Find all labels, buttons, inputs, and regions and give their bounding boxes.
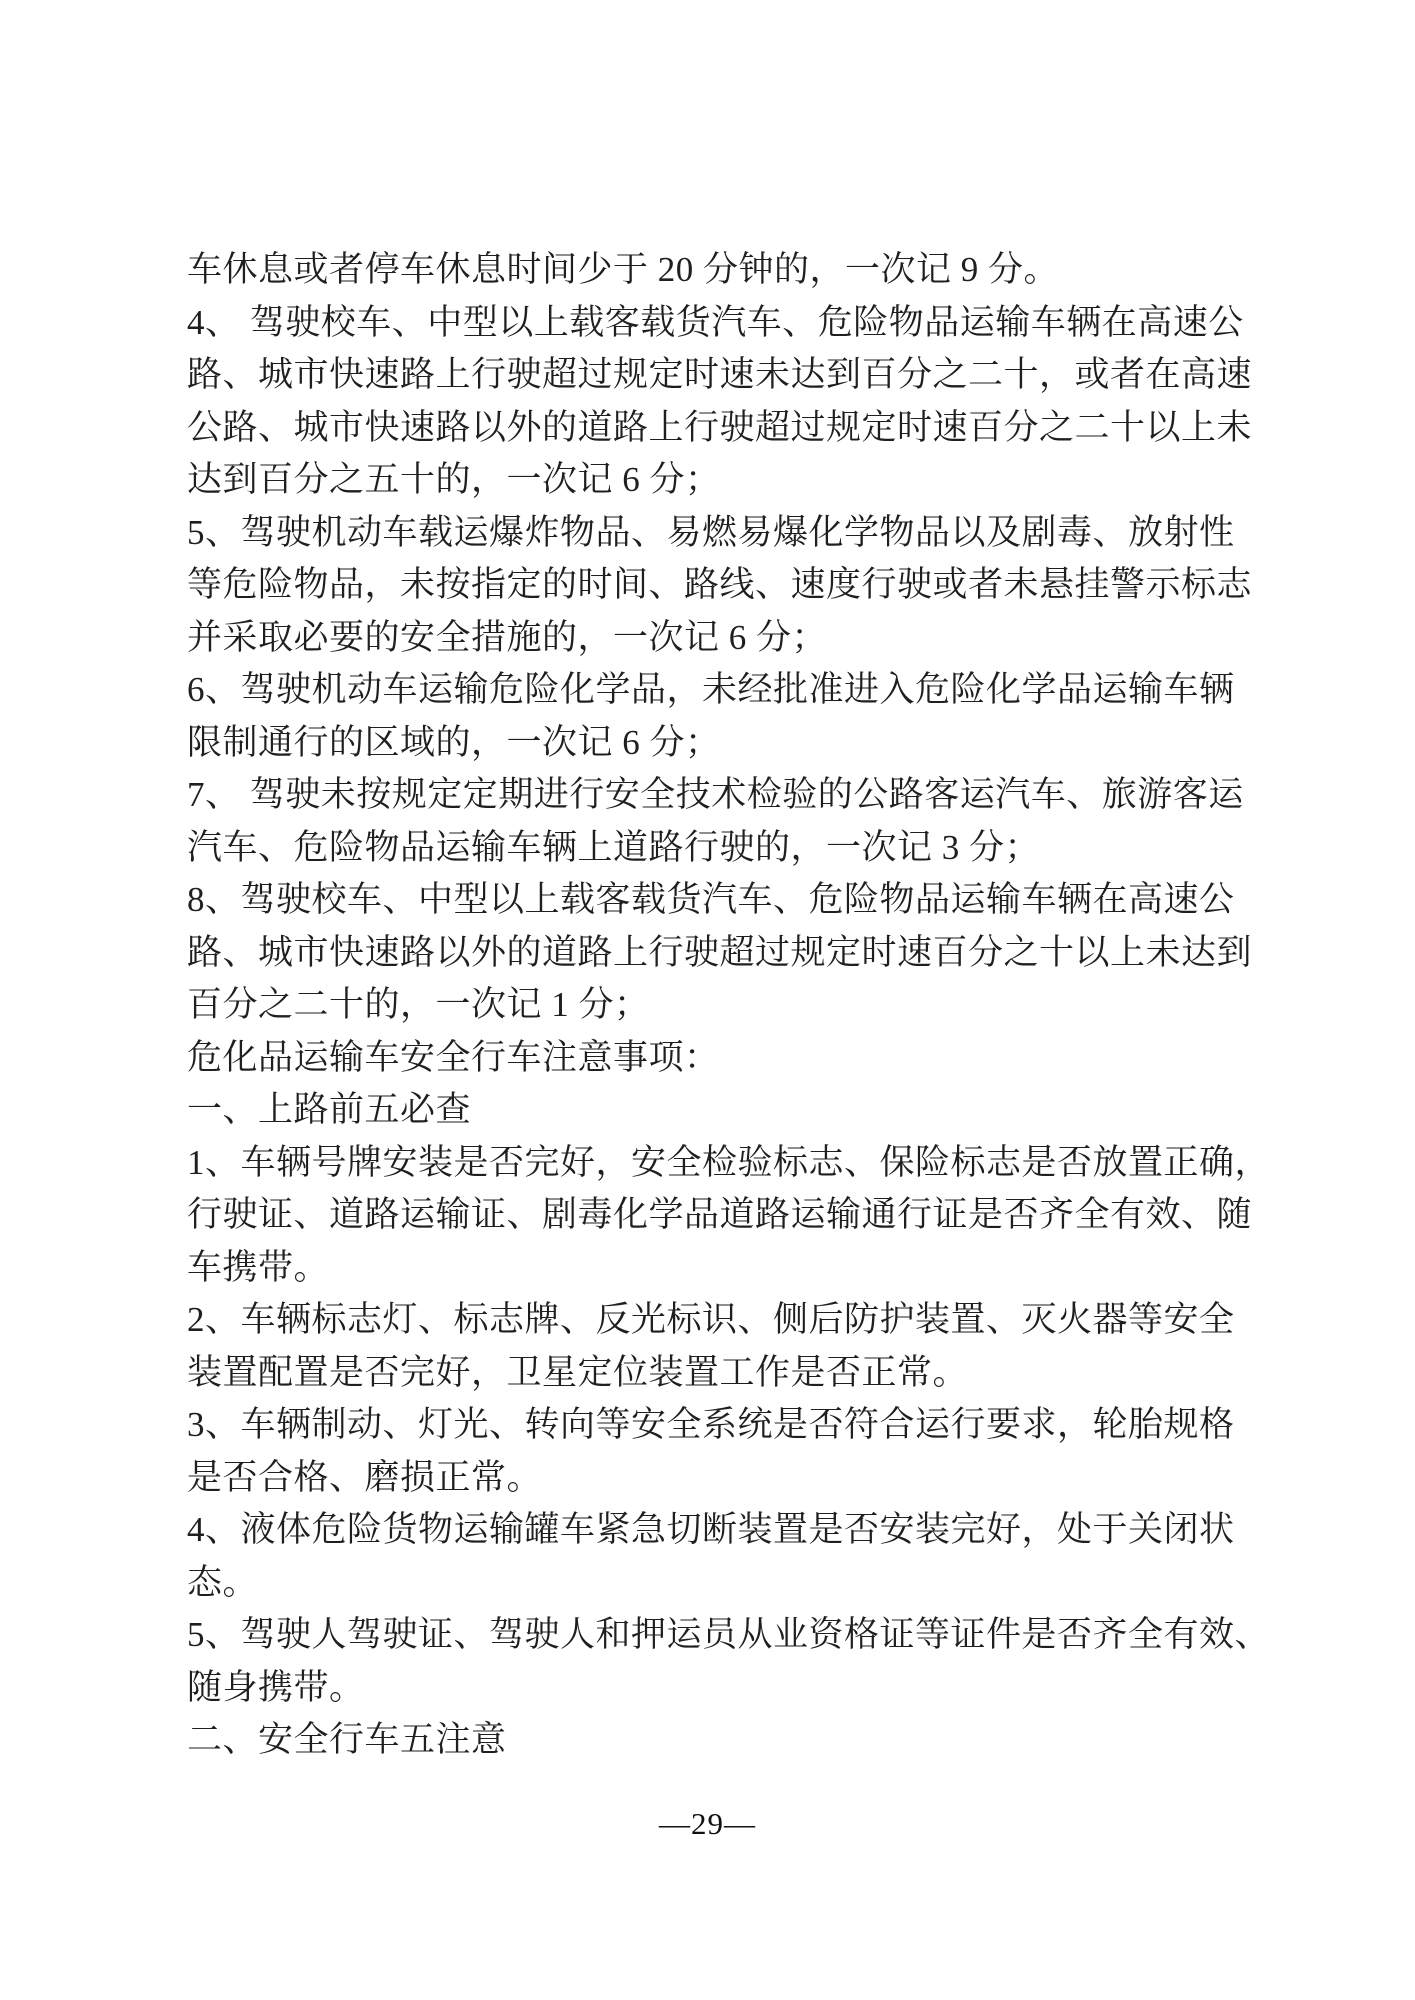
text-line: 态。 — [187, 1557, 1272, 1610]
text-block: 车休息或者停车休息时间少于 20 分钟的，一次记 9 分。 4、 驾驶校车、中型… — [187, 244, 1272, 1767]
text-line: 8、驾驶校车、中型以上载客载货汽车、危险物品运输车辆在高速公 — [187, 874, 1272, 927]
text-line: 路、城市快速路以外的道路上行驶超过规定时速百分之十以上未达到 — [187, 927, 1272, 980]
text-line: 5、驾驶人驾驶证、驾驶人和押运员从业资格证等证件是否齐全有效、 — [187, 1609, 1272, 1662]
text-line: 4、液体危险货物运输罐车紧急切断装置是否安装完好，处于关闭状 — [187, 1504, 1272, 1557]
text-line: 危化品运输车安全行车注意事项： — [187, 1032, 1272, 1085]
text-line: 是否合格、磨损正常。 — [187, 1452, 1272, 1505]
text-line: 并采取必要的安全措施的，一次记 6 分； — [187, 612, 1272, 665]
text-line: 1、车辆号牌安装是否完好，安全检验标志、保险标志是否放置正确， — [187, 1137, 1272, 1190]
text-line: 二、安全行车五注意 — [187, 1714, 1272, 1767]
text-line: 5、驾驶机动车载运爆炸物品、易燃易爆化学物品以及剧毒、放射性 — [187, 507, 1272, 560]
text-line: 6、驾驶机动车运输危险化学品，未经批准进入危险化学品运输车辆 — [187, 664, 1272, 717]
text-line: 车携带。 — [187, 1242, 1272, 1295]
page-number: —29— — [0, 1806, 1415, 1842]
text-line: 等危险物品，未按指定的时间、路线、速度行驶或者未悬挂警示标志 — [187, 559, 1272, 612]
text-line: 4、 驾驶校车、中型以上载客载货汽车、危险物品运输车辆在高速公 — [187, 297, 1272, 350]
document-page: 车休息或者停车休息时间少于 20 分钟的，一次记 9 分。 4、 驾驶校车、中型… — [0, 0, 1415, 2000]
text-line: 2、车辆标志灯、标志牌、反光标识、侧后防护装置、灭火器等安全 — [187, 1294, 1272, 1347]
text-line: 3、车辆制动、灯光、转向等安全系统是否符合运行要求，轮胎规格 — [187, 1399, 1272, 1452]
text-line: 7、 驾驶未按规定定期进行安全技术检验的公路客运汽车、旅游客运 — [187, 769, 1272, 822]
text-line: 路、城市快速路上行驶超过规定时速未达到百分之二十，或者在高速 — [187, 349, 1272, 402]
text-line: 公路、城市快速路以外的道路上行驶超过规定时速百分之二十以上未 — [187, 402, 1272, 455]
text-line: 一、上路前五必查 — [187, 1084, 1272, 1137]
text-line: 汽车、危险物品运输车辆上道路行驶的，一次记 3 分； — [187, 822, 1272, 875]
text-line: 行驶证、道路运输证、剧毒化学品道路运输通行证是否齐全有效、随 — [187, 1189, 1272, 1242]
text-line: 装置配置是否完好，卫星定位装置工作是否正常。 — [187, 1347, 1272, 1400]
text-line: 限制通行的区域的，一次记 6 分； — [187, 717, 1272, 770]
text-line: 达到百分之五十的，一次记 6 分； — [187, 454, 1272, 507]
text-line: 百分之二十的，一次记 1 分； — [187, 979, 1272, 1032]
text-line: 车休息或者停车休息时间少于 20 分钟的，一次记 9 分。 — [187, 244, 1272, 297]
text-line: 随身携带。 — [187, 1662, 1272, 1715]
